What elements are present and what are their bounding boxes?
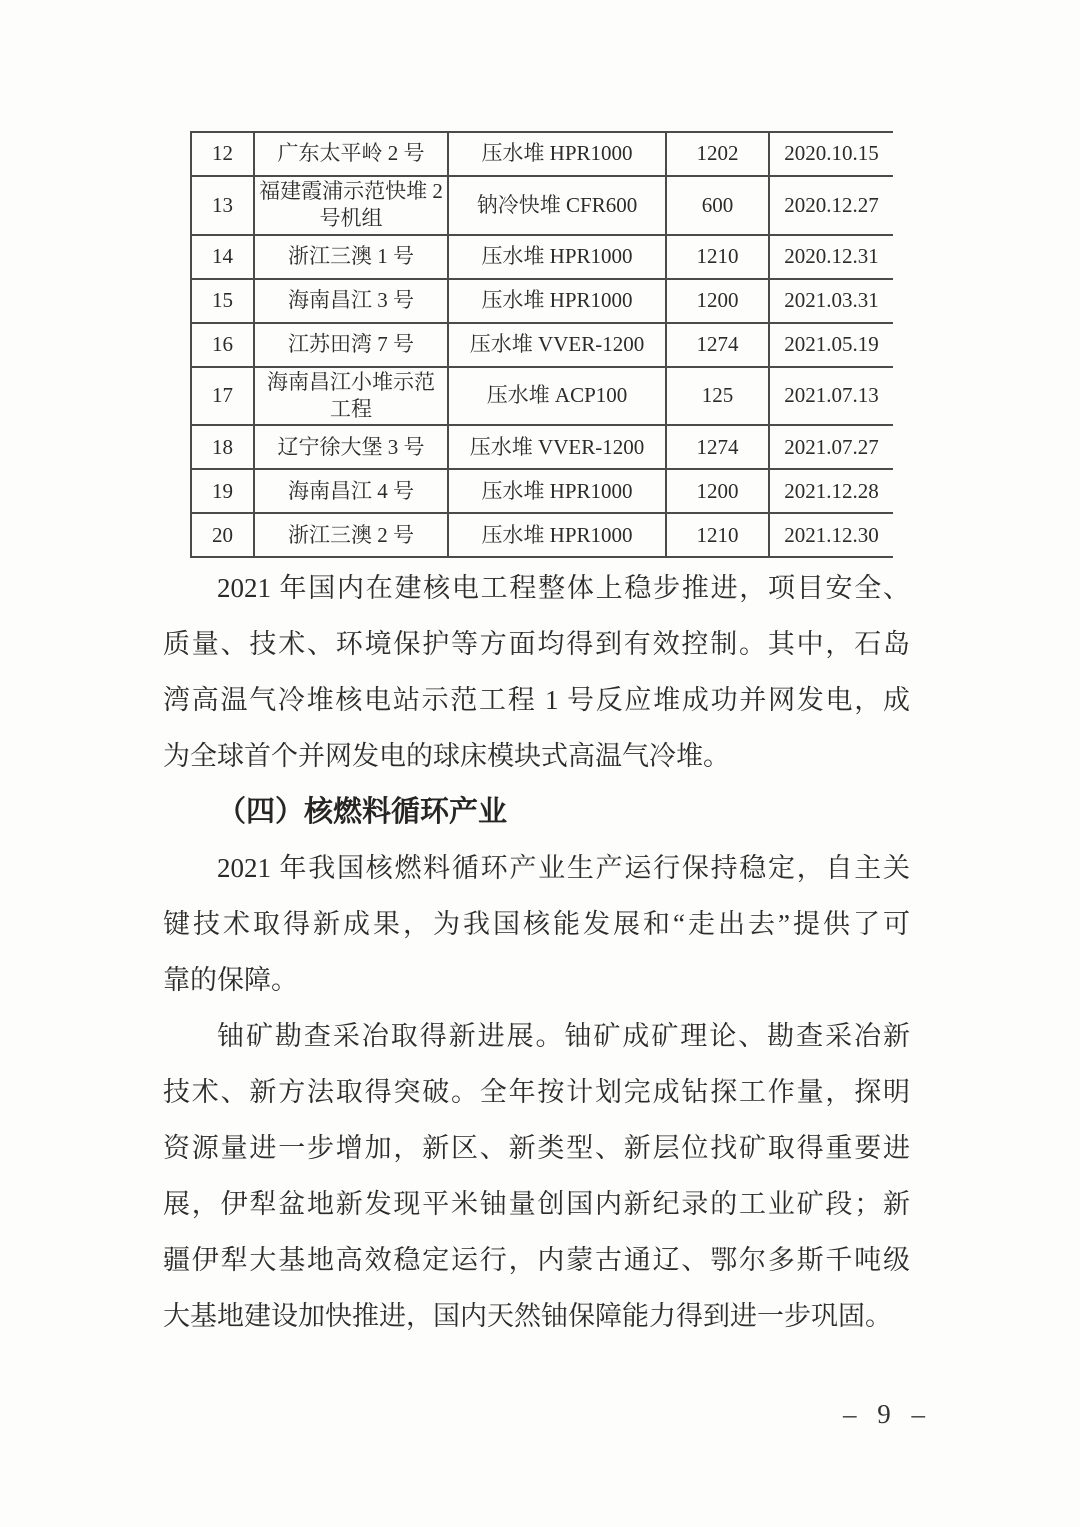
table-row: 12 广东太平岭 2 号 压水堆 HPR1000 1202 2020.10.15 [191,132,893,176]
cell-date: 2021.05.19 [769,323,893,367]
cell-date: 2021.07.27 [769,425,893,469]
paragraph-line: 湾高温气冷堆核电站示范工程 1 号反应堆成功并网发电，成 [163,672,910,728]
paragraph-line: 2021 年国内在建核电工程整体上稳步推进，项目安全、 [163,560,910,616]
cell-date: 2021.12.30 [769,513,893,557]
cell-no: 17 [191,367,254,426]
cell-type: 压水堆 HPR1000 [448,235,666,279]
cell-no: 18 [191,425,254,469]
cell-no: 20 [191,513,254,557]
cell-no: 14 [191,235,254,279]
paragraph-construction-progress: 2021 年国内在建核电工程整体上稳步推进，项目安全、 质量、技术、环境保护等方… [163,560,910,784]
cell-name: 福建霞浦示范快堆 2 号机组 [254,176,448,235]
cell-capacity: 1200 [666,469,769,513]
cell-name: 浙江三澳 2 号 [254,513,448,557]
cell-date: 2021.12.28 [769,469,893,513]
paragraph-line: 铀矿勘查采冶取得新进展。铀矿成矿理论、勘查采冶新 [163,1008,910,1064]
cell-type: 压水堆 VVER-1200 [448,323,666,367]
cell-type: 压水堆 HPR1000 [448,513,666,557]
paragraph-uranium-exploration: 铀矿勘查采冶取得新进展。铀矿成矿理论、勘查采冶新 技术、新方法取得突破。全年按计… [163,1008,910,1344]
paragraph-line: 质量、技术、环境保护等方面均得到有效控制。其中，石岛 [163,616,910,672]
cell-no: 16 [191,323,254,367]
paragraph-line: 为全球首个并网发电的球床模块式高温气冷堆。 [163,728,910,784]
cell-no: 15 [191,279,254,323]
paragraph-line: 展，伊犁盆地新发现平米铀量创国内新纪录的工业矿段；新 [163,1176,910,1232]
cell-date: 2021.03.31 [769,279,893,323]
paragraph-line: 疆伊犁大基地高效稳定运行，内蒙古通辽、鄂尔多斯千吨级 [163,1232,910,1288]
cell-capacity: 125 [666,367,769,426]
body-text: 2021 年国内在建核电工程整体上稳步推进，项目安全、 质量、技术、环境保护等方… [163,560,910,1344]
paragraph-line: 2021 年我国核燃料循环产业生产运行保持稳定，自主关 [163,840,910,896]
cell-date: 2020.12.31 [769,235,893,279]
cell-no: 12 [191,132,254,176]
cell-type: 压水堆 HPR1000 [448,279,666,323]
cell-no: 19 [191,469,254,513]
paragraph-line: 键技术取得新成果，为我国核能发展和“走出去”提供了可 [163,896,910,952]
cell-name: 海南昌江小堆示范工程 [254,367,448,426]
cell-capacity: 1274 [666,323,769,367]
page-number: – 9 – [843,1399,926,1430]
cell-capacity: 1274 [666,425,769,469]
cell-name: 辽宁徐大堡 3 号 [254,425,448,469]
cell-capacity: 1202 [666,132,769,176]
cell-capacity: 600 [666,176,769,235]
table-row: 14 浙江三澳 1 号 压水堆 HPR1000 1210 2020.12.31 [191,235,893,279]
table-row: 15 海南昌江 3 号 压水堆 HPR1000 1200 2021.03.31 [191,279,893,323]
table-row: 19 海南昌江 4 号 压水堆 HPR1000 1200 2021.12.28 [191,469,893,513]
paragraph-line: 大基地建设加快推进，国内天然铀保障能力得到进一步巩固。 [163,1288,910,1344]
cell-capacity: 1210 [666,513,769,557]
cell-name: 广东太平岭 2 号 [254,132,448,176]
cell-type: 钠冷快堆 CFR600 [448,176,666,235]
paragraph-line: 靠的保障。 [163,952,910,1008]
cell-type: 压水堆 HPR1000 [448,469,666,513]
cell-capacity: 1210 [666,235,769,279]
paragraph-line: 资源量进一步增加，新区、新类型、新层位找矿取得重要进 [163,1120,910,1176]
cell-type: 压水堆 ACP100 [448,367,666,426]
cell-date: 2020.12.27 [769,176,893,235]
cell-type: 压水堆 HPR1000 [448,132,666,176]
cell-name: 海南昌江 3 号 [254,279,448,323]
document-page: 12 广东太平岭 2 号 压水堆 HPR1000 1202 2020.10.15… [0,0,1080,1527]
table-row: 20 浙江三澳 2 号 压水堆 HPR1000 1210 2021.12.30 [191,513,893,557]
cell-name: 海南昌江 4 号 [254,469,448,513]
paragraph-line: 技术、新方法取得突破。全年按计划完成钻探工作量，探明 [163,1064,910,1120]
cell-no: 13 [191,176,254,235]
cell-name: 江苏田湾 7 号 [254,323,448,367]
table-row: 17 海南昌江小堆示范工程 压水堆 ACP100 125 2021.07.13 [191,367,893,426]
table-row: 18 辽宁徐大堡 3 号 压水堆 VVER-1200 1274 2021.07.… [191,425,893,469]
cell-name: 浙江三澳 1 号 [254,235,448,279]
paragraph-fuel-cycle-overview: 2021 年我国核燃料循环产业生产运行保持稳定，自主关 键技术取得新成果，为我国… [163,840,910,1008]
nuclear-units-table: 12 广东太平岭 2 号 压水堆 HPR1000 1202 2020.10.15… [190,131,893,558]
cell-date: 2020.10.15 [769,132,893,176]
table-row: 13 福建霞浦示范快堆 2 号机组 钠冷快堆 CFR600 600 2020.1… [191,176,893,235]
section-heading-fuel-cycle: （四）核燃料循环产业 [163,784,910,840]
cell-capacity: 1200 [666,279,769,323]
cell-type: 压水堆 VVER-1200 [448,425,666,469]
table-row: 16 江苏田湾 7 号 压水堆 VVER-1200 1274 2021.05.1… [191,323,893,367]
cell-date: 2021.07.13 [769,367,893,426]
